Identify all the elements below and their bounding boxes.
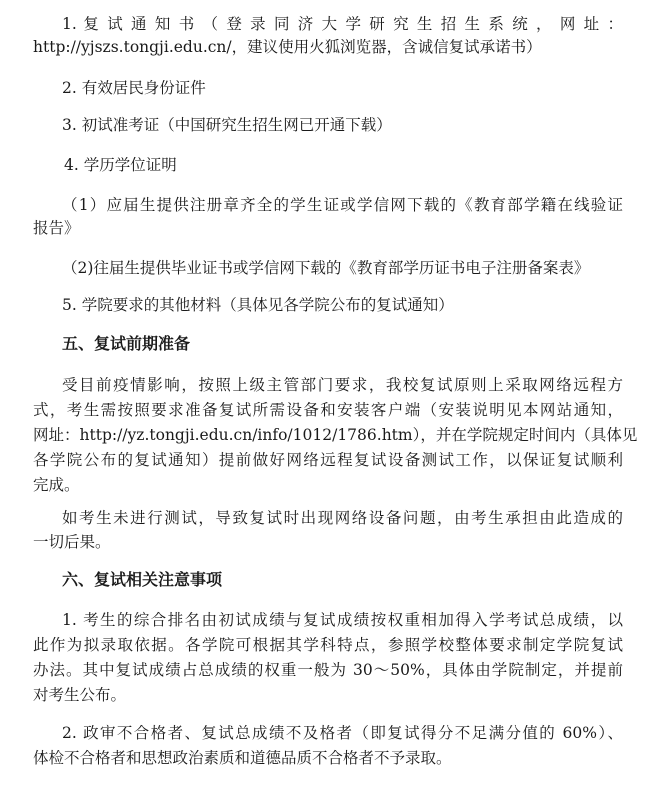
- section-6-para-1-line-4: 对考生公布。: [33, 684, 623, 706]
- section-5-para-1-line-2: 式，考生需按照要求准备复试所需设备和安装客户端（安装说明见本网站通知，: [33, 399, 623, 421]
- section-5-para-1-line-4: 各学院公布的复试通知）提前做好网络远程复试设备测试工作，以保证复试顺利: [33, 449, 623, 471]
- section-5-para-1-line-5: 完成。: [33, 474, 623, 496]
- material-item-4: 4. 学历学位证明: [64, 154, 650, 176]
- section-6-para-1-line-3: 办法。其中复试成绩占总成绩的权重一般为 30～50%，具体由学院制定，并提前: [33, 659, 623, 681]
- section-6-para-1-line-2: 此作为拟录取依据。各学院可根据其学科特点，参照学校整体要求制定学院复试: [33, 634, 623, 656]
- section-5-heading: 五、复试前期准备: [62, 333, 650, 355]
- material-item-5: 5. 学院要求的其他材料（具体见各学院公布的复试通知）: [62, 294, 650, 316]
- material-item-2: 2. 有效居民身份证件: [62, 77, 650, 99]
- material-item-1-line-2: http://yjszs.tongji.edu.cn/，建议使用火狐浏览器，含诚…: [33, 36, 623, 58]
- section-5-para-1-line-1: 受目前疫情影响，按照上级主管部门要求，我校复试原则上采取网络远程方: [62, 374, 623, 396]
- section-5-para-2-line-1: 如考生未进行测试，导致复试时出现网络设备问题，由考生承担由此造成的: [62, 507, 623, 529]
- section-6-para-1-line-1: 1. 考生的综合排名由初试成绩与复试成绩按权重相加得入学考试总成绩，以: [62, 609, 623, 631]
- material-item-4-sub-1-line-2: 报告》: [33, 217, 623, 239]
- section-6-para-2-line-1: 2. 政审不合格者、复试总成绩不及格者（即复试得分不足满分值的 60%）、: [62, 722, 623, 744]
- section-5-para-1-line-3: 网址：http://yz.tongji.edu.cn/info/1012/178…: [33, 424, 623, 446]
- section-5-para-2-line-2: 一切后果。: [33, 531, 623, 553]
- section-6-heading: 六、复试相关注意事项: [62, 569, 650, 591]
- material-item-4-sub-1-line-1: （1）应届生提供注册章齐全的学生证或学信网下载的《教育部学籍在线验证: [62, 194, 623, 216]
- material-item-4-sub-2: （2)往届生提供毕业证书或学信网下载的《教育部学历证书电子注册备案表》: [62, 257, 650, 279]
- section-6-para-2-line-2: 体检不合格者和思想政治素质和道德品质不合格者不予录取。: [33, 747, 623, 769]
- material-item-1-line-1: 1. 复 试 通 知 书 （ 登 录 同 济 大 学 研 究 生 招 生 系 统…: [62, 13, 623, 35]
- material-item-3: 3. 初试准考证（中国研究生招生网已开通下载）: [62, 114, 650, 136]
